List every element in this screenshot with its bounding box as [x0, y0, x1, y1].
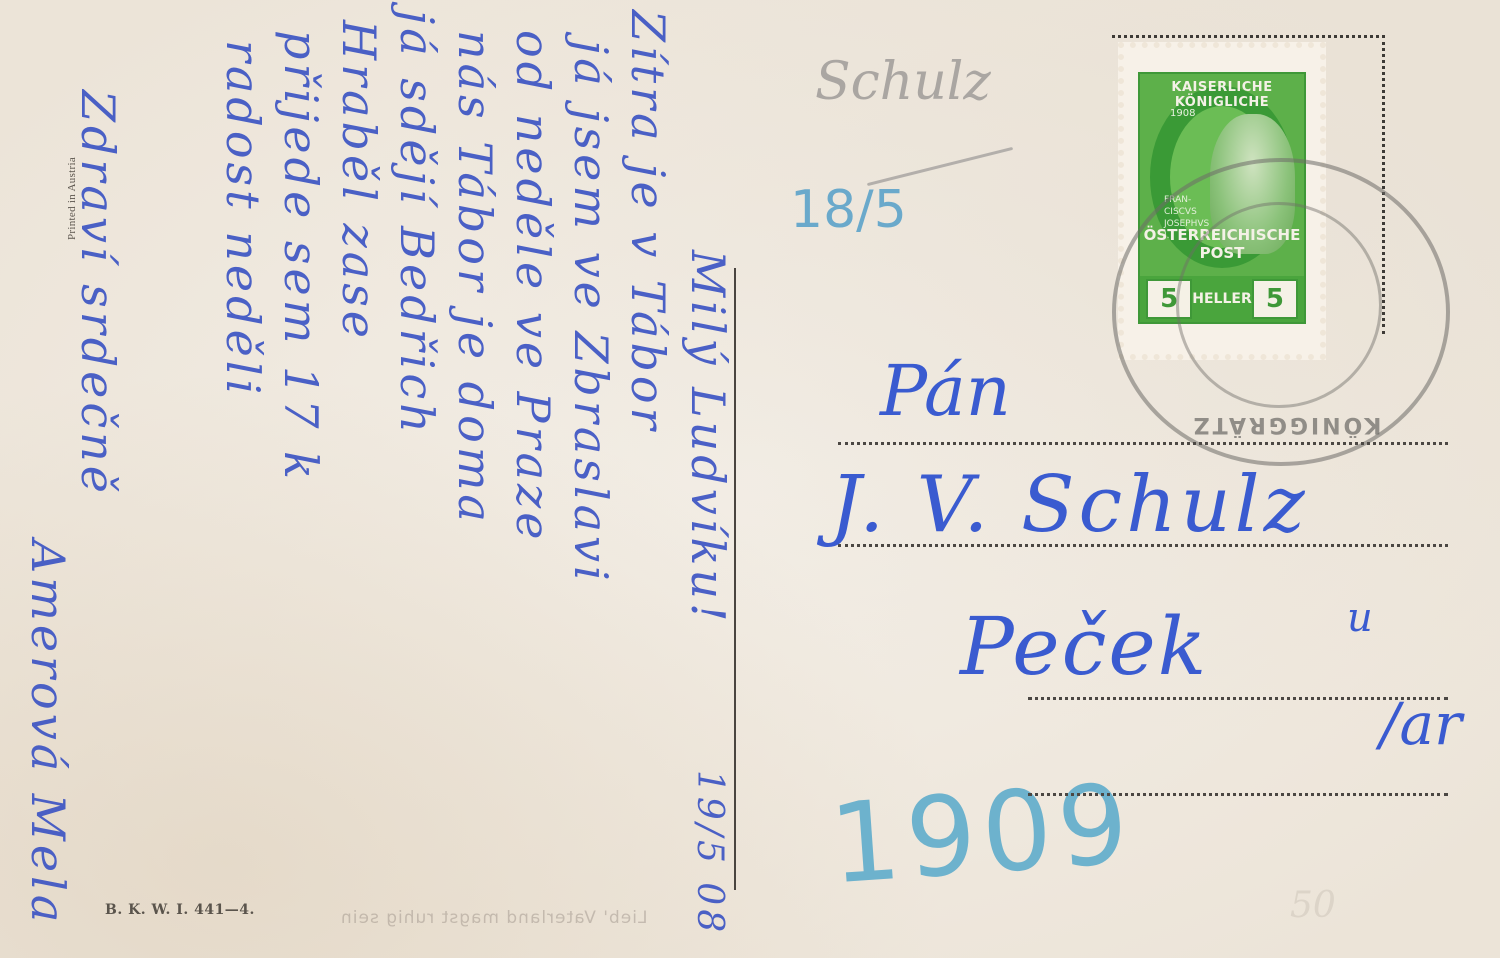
postmark-cancellation: KÖNIGGRÄTZ — [1112, 158, 1450, 466]
crayon-year-note: 1909 — [826, 760, 1138, 909]
message-line: Zítra je v Tábor — [621, 10, 675, 434]
address-suffix: /ar — [1380, 690, 1462, 758]
message-date: 19/5 08 — [689, 770, 730, 936]
message-closing: Zdraví srdečně — [71, 90, 125, 497]
address-town: Peček — [960, 600, 1208, 693]
message-line: od neděle ve Praze — [506, 30, 560, 544]
address-recipient: J. V. Schulz — [830, 460, 1309, 550]
message-line: radost neděli — [216, 40, 270, 398]
faint-pencil-number: 50 — [1290, 885, 1336, 926]
message-line: já sdějí Bedřich — [390, 10, 444, 437]
message-line: přijede sem 17 k — [274, 30, 328, 483]
address-salutation: Pán — [880, 350, 1011, 432]
message-line: já jsem ve Zbraslavi — [564, 40, 618, 585]
postmark-inner-ring — [1176, 202, 1382, 408]
stamp-top-text: KAISERLICHE KÖNIGLICHE — [1140, 80, 1304, 110]
stamp-year: 1908 — [1170, 108, 1195, 119]
pencil-name-note: Schulz — [815, 52, 991, 112]
crayon-date-note: 18/5 — [790, 180, 907, 240]
address-line-1-rule — [838, 442, 1448, 445]
postmark-town: KÖNIGGRÄTZ — [1166, 412, 1406, 437]
address-superscript: u — [1347, 595, 1373, 641]
handwritten-message: Milý Ludvíku! 19/5 08 Zítra je v Tábor j… — [20, 0, 740, 940]
message-line: nás Tábor je doma — [448, 30, 502, 526]
message-signature: Amerová Mela — [21, 540, 75, 926]
address-line-4-rule — [1028, 793, 1448, 796]
message-greeting: Milý Ludvíku! — [681, 250, 735, 625]
message-line: Hraběl zase — [332, 20, 386, 342]
